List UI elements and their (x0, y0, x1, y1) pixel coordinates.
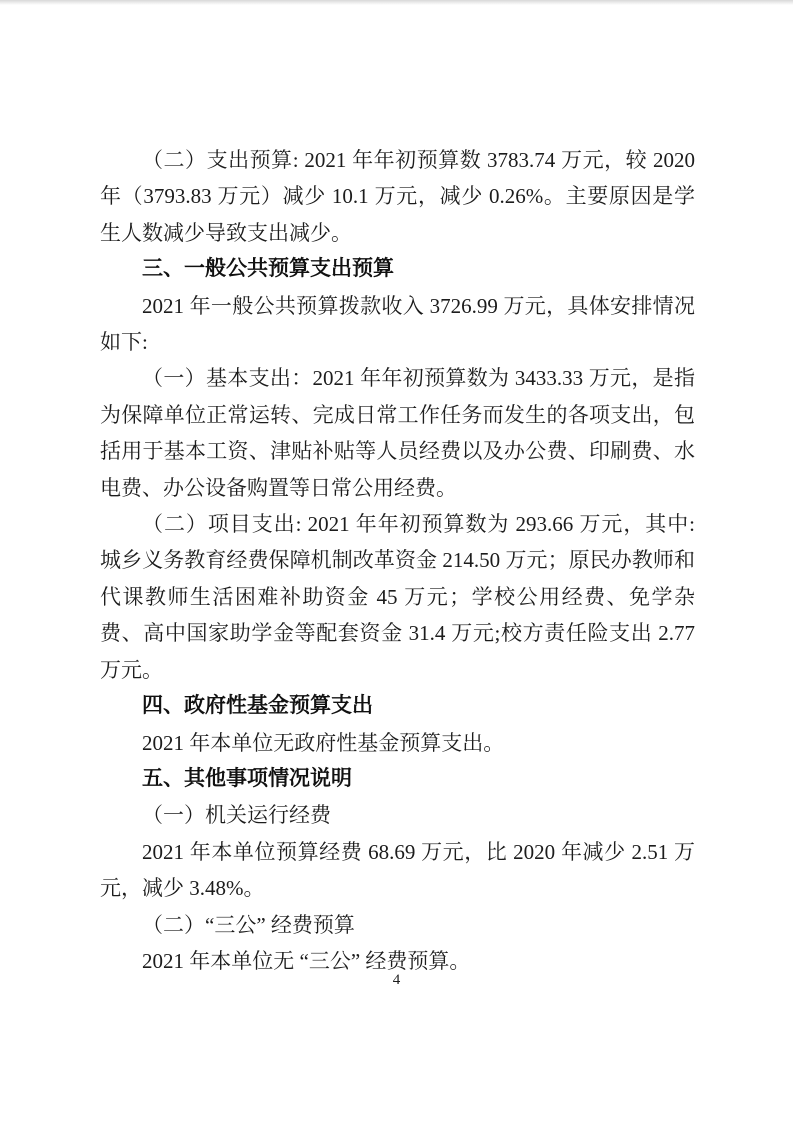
document-page: （二）支出预算: 2021 年年初预算数 3783.74 万元，较 2020 年… (0, 0, 793, 1122)
heading-government-fund-budget: 四、政府性基金预算支出 (100, 688, 695, 724)
scan-edge-shadow (0, 0, 793, 5)
para-agency-operating-cost: 2021 年本单位预算经费 68.69 万元，比 2020 年减少 2.51 万… (100, 834, 695, 907)
heading-other-matters: 五、其他事项情况说明 (100, 761, 695, 797)
heading-general-public-budget-expenditure: 三、一般公共预算支出预算 (100, 251, 695, 287)
para-project-expenditure: （二）项目支出: 2021 年年初预算数为 293.66 万元，其中: 城乡义务… (100, 506, 695, 688)
page-number: 4 (0, 972, 793, 989)
para-general-budget-allocation: 2021 年一般公共预算拨款收入 3726.99 万元，具体安排情况如下: (100, 288, 695, 361)
document-body: （二）支出预算: 2021 年年初预算数 3783.74 万元，较 2020 年… (100, 142, 695, 979)
para-expenditure-budget: （二）支出预算: 2021 年年初预算数 3783.74 万元，较 2020 年… (100, 142, 695, 251)
para-agency-operating-cost-title: （一）机关运行经费 (100, 797, 695, 833)
para-basic-expenditure: （一）基本支出：2021 年年初预算数为 3433.33 万元，是指为保障单位正… (100, 360, 695, 506)
para-no-government-fund-budget: 2021 年本单位无政府性基金预算支出。 (100, 725, 695, 761)
para-three-public-funds-title: （二）“三公” 经费预算 (100, 907, 695, 943)
